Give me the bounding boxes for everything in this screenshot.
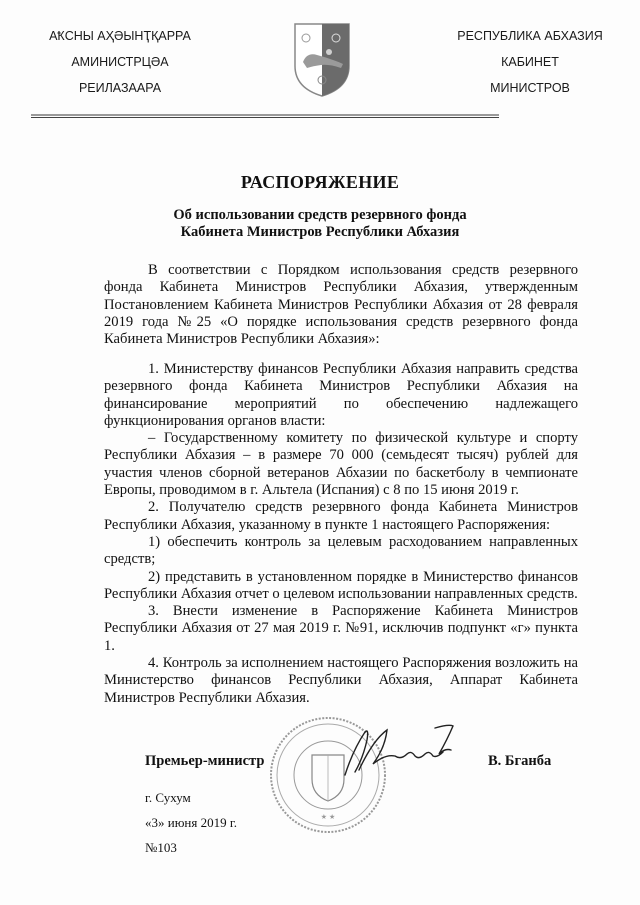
paragraph-2-sub-1: 1) обеспечить контроль за целевым расход… <box>104 534 578 569</box>
header-divider <box>31 114 499 116</box>
paragraph-4: 4. Контроль за исполнением настоящего Ра… <box>104 655 578 707</box>
handwritten-signature-icon <box>325 720 465 780</box>
document-date: «3» июня 2019 г. <box>145 815 237 831</box>
document-title: РАСПОРЯЖЕНИЕ <box>0 172 640 193</box>
header-russian: РЕСПУБЛИКА АБХАЗИЯ КАБИНЕТ МИНИСТРОВ <box>430 28 630 106</box>
main-body: 1. Министерству финансов Республики Абха… <box>104 361 578 707</box>
document-city: г. Сухум <box>145 790 191 806</box>
subtitle-line-2: Кабинета Министров Республики Абхазия <box>0 224 640 241</box>
intro-paragraph: В соответствии с Порядком использования … <box>104 262 578 348</box>
paragraph-3: 3. Внести изменение в Распоряжение Кабин… <box>104 603 578 655</box>
subtitle-line-1: Об использовании средств резервного фонд… <box>0 207 640 224</box>
header-right-line-1: РЕСПУБЛИКА АБХАЗИЯ <box>430 28 630 54</box>
coat-of-arms-icon <box>293 22 351 98</box>
paragraph-2: 2. Получателю средств резервного фонда К… <box>104 499 578 534</box>
header-abkhaz: АҞСНЫ АҲӘЫНҬҚАРРА АМИНИСТРЦӘА РЕИЛАЗААРА <box>30 28 210 106</box>
document-page: АҞСНЫ АҲӘЫНҬҚАРРА АМИНИСТРЦӘА РЕИЛАЗААРА… <box>0 0 640 905</box>
header-left-line-2: АМИНИСТРЦӘА <box>30 54 210 80</box>
paragraph-2-sub-2: 2) представить в установленном порядке в… <box>104 569 578 604</box>
svg-text:★ ★: ★ ★ <box>321 813 336 821</box>
paragraph-1-item: – Государственному комитету по физическо… <box>104 430 578 499</box>
header-left-line-3: РЕИЛАЗААРА <box>30 80 210 106</box>
signatory-name: В. Бганба <box>488 753 551 770</box>
intro-text: В соответствии с Порядком использования … <box>104 262 578 348</box>
document-number: №103 <box>145 840 177 856</box>
header-right-line-2: КАБИНЕТ <box>430 54 630 80</box>
signatory-position: Премьер-министр <box>145 753 264 770</box>
header-left-line-1: АҞСНЫ АҲӘЫНҬҚАРРА <box>30 28 210 54</box>
header-divider-line <box>31 117 499 118</box>
paragraph-1: 1. Министерству финансов Республики Абха… <box>104 361 578 430</box>
header-right-line-3: МИНИСТРОВ <box>430 80 630 106</box>
document-subtitle: Об использовании средств резервного фонд… <box>0 207 640 241</box>
